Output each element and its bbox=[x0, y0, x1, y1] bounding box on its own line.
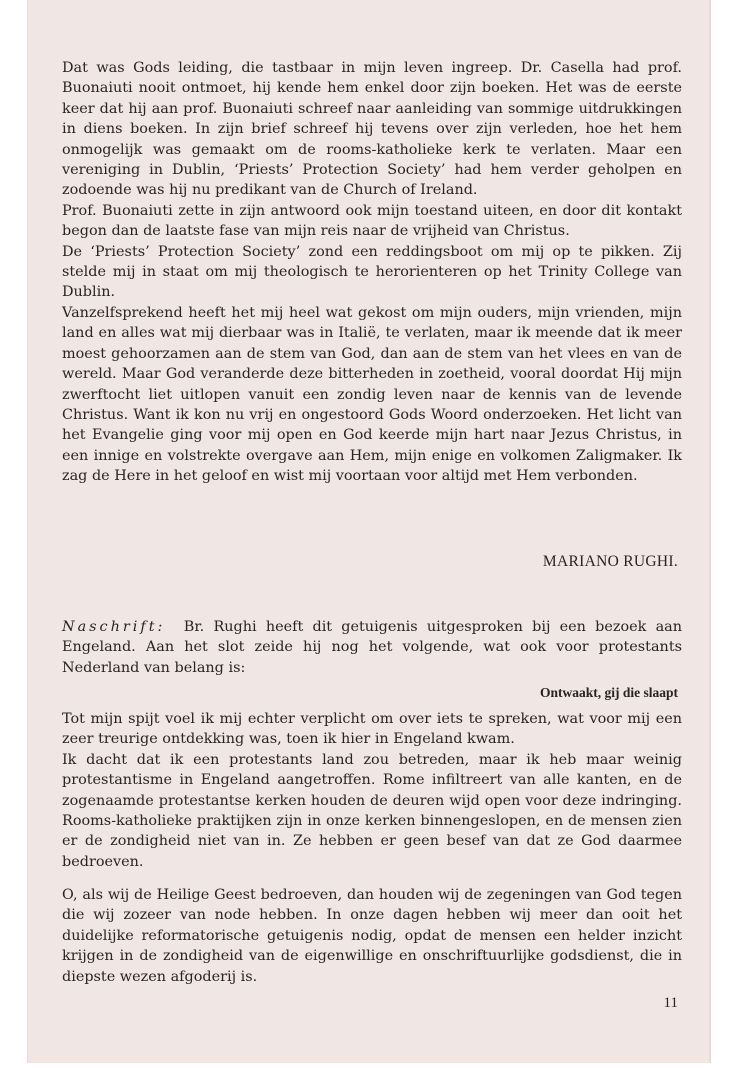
page-number: 11 bbox=[664, 995, 678, 1012]
postscript: Naschrift: Br. Rughi heeft dit getuigeni… bbox=[62, 617, 682, 678]
paragraph: Vanzelfsprekend heeft het mij heel wat g… bbox=[62, 303, 682, 487]
closing-body: O, als wij de Heilige Geest bedroeven, d… bbox=[62, 885, 682, 987]
author-signature: MARIANO RUGHI. bbox=[543, 553, 678, 571]
section-heading: Ontwaakt, gij die slaapt bbox=[540, 685, 678, 701]
testimony-body: Dat was Gods leiding, die tastbaar in mi… bbox=[62, 58, 682, 487]
paragraph: Tot mijn spijt voel ik mij echter verpli… bbox=[62, 709, 682, 750]
postscript-paragraph: Naschrift: Br. Rughi heeft dit getuigeni… bbox=[62, 617, 682, 678]
document-page: Dat was Gods leiding, die tastbaar in mi… bbox=[27, 0, 711, 1063]
paragraph: De ‘Priests’ Protection Society’ zond ee… bbox=[62, 242, 682, 303]
paragraph: Prof. Buonaiuti zette in zijn antwoord o… bbox=[62, 201, 682, 242]
postscript-label: Naschrift: bbox=[62, 619, 165, 635]
paragraph: O, als wij de Heilige Geest bedroeven, d… bbox=[62, 885, 682, 987]
paragraph: Dat was Gods leiding, die tastbaar in mi… bbox=[62, 58, 682, 201]
paragraph: Ik dacht dat ik een protestants land zou… bbox=[62, 750, 682, 872]
section-body: Tot mijn spijt voel ik mij echter verpli… bbox=[62, 709, 682, 872]
